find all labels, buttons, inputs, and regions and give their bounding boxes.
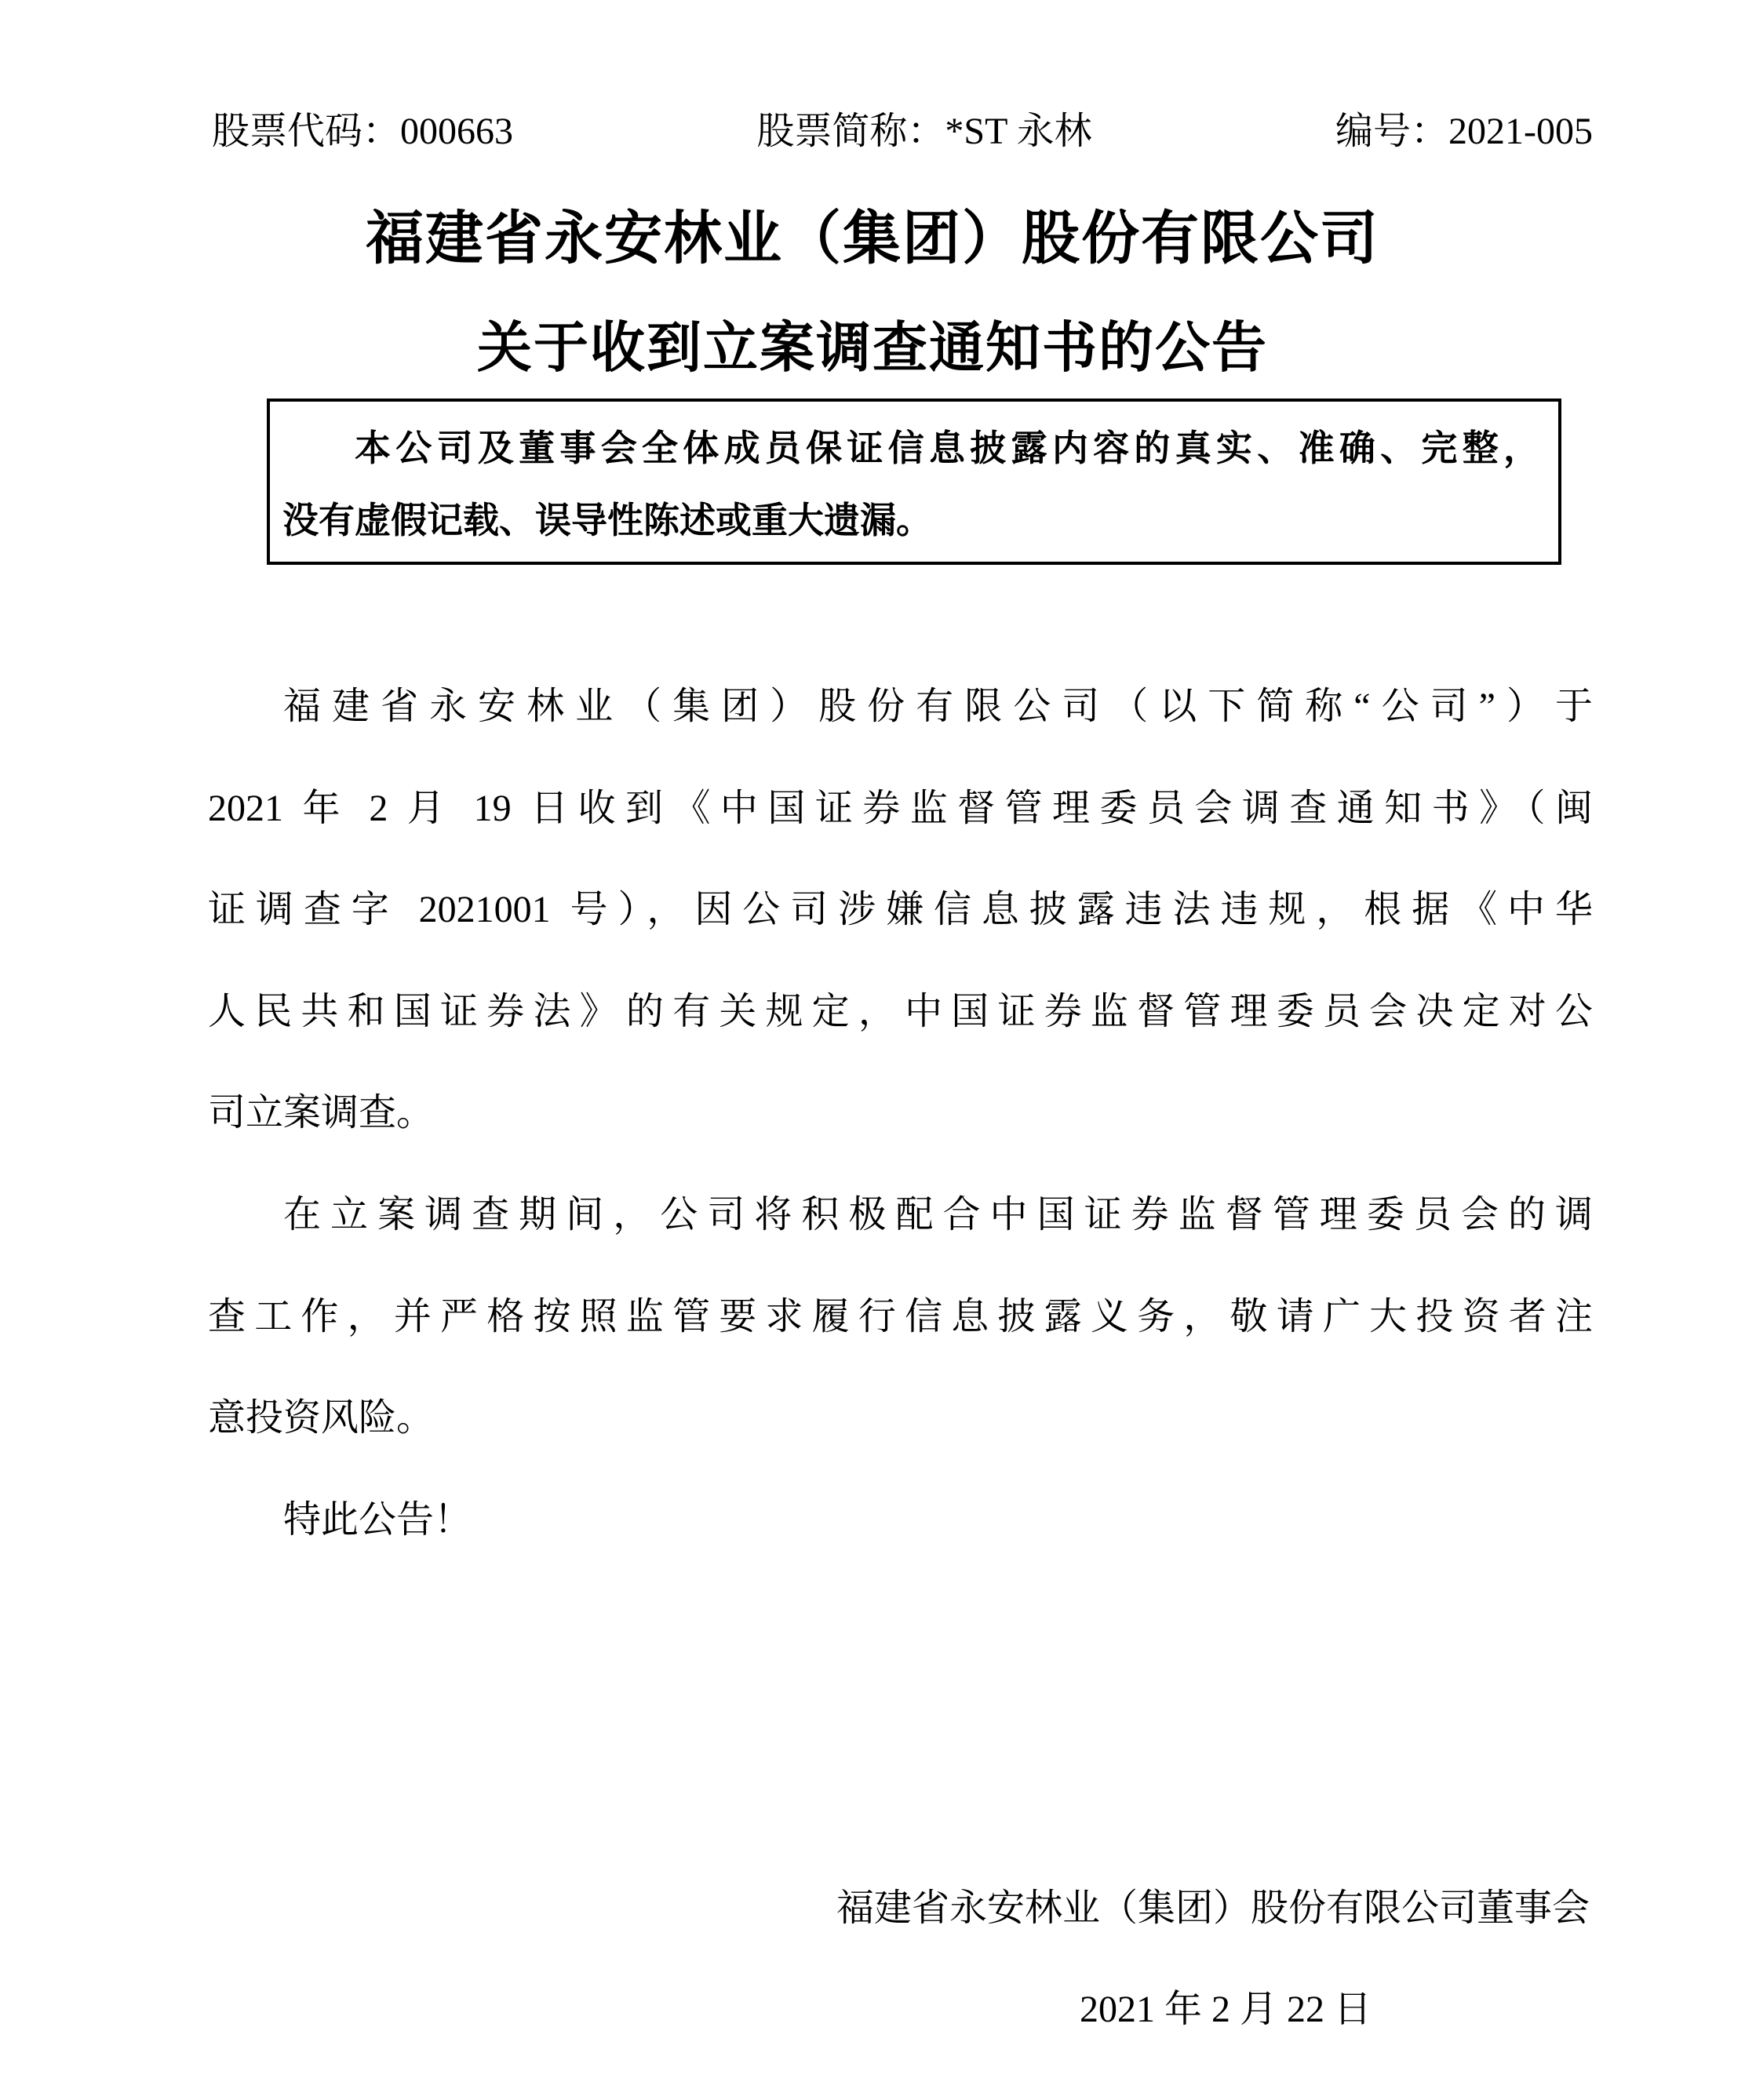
paragraph1-line: 证调查字 2021001 号），因公司涉嫌信息披露违法违规，根据《中华 xyxy=(208,859,1593,961)
stock-code-label: 股票代码：000663 xyxy=(212,111,513,153)
statement-line: 没有虚假记载、误导性陈述或重大遗漏。 xyxy=(282,485,1539,557)
paragraph1-line: 2021 年 2 月 19 日收到《中国证券监督管理委员会调查通知书》（闽 xyxy=(208,758,1593,860)
paragraph1-line: 司立案调查。 xyxy=(208,1062,1593,1164)
paragraph1-line: 人民共和国证券法》的有关规定，中国证券监督管理委员会决定对公 xyxy=(208,961,1593,1063)
company-title: 福建省永安林业（集团）股份有限公司 xyxy=(0,209,1745,271)
paragraph2-line: 在立案调查期间，公司将积极配合中国证券监督管理委员会的调 xyxy=(208,1164,1593,1266)
announcement-number-label: 编号：2021-005 xyxy=(1335,111,1593,153)
disclosure-statement-box: 本公司及董事会全体成员保证信息披露内容的真实、准确、完整， 没有虚假记载、误导性… xyxy=(267,399,1561,565)
paragraph1-line: 福建省永安林业（集团）股份有限公司（以下简称“公司”）于 xyxy=(208,656,1593,758)
announcement-body: 福建省永安林业（集团）股份有限公司（以下简称“公司”）于 2021 年 2 月 … xyxy=(208,656,1593,1570)
stock-name-label: 股票简称：*ST 永林 xyxy=(756,111,1091,153)
paragraph2-line: 意投资风险。 xyxy=(208,1367,1593,1469)
signature-date: 2021 年 2 月 22 日 xyxy=(0,1985,1745,2034)
announcement-title: 关于收到立案调查通知书的公告 xyxy=(0,320,1745,378)
statement-line: 本公司及董事会全体成员保证信息披露内容的真实、准确、完整， xyxy=(282,413,1539,485)
closing-line: 特此公告！ xyxy=(208,1469,1593,1571)
signature-company: 福建省永安林业（集团）股份有限公司董事会 xyxy=(0,1884,1745,1933)
announcement-page: 股票代码：000663 股票简称：*ST 永林 编号：2021-005 福建省永… xyxy=(0,0,1745,2100)
document-header: 股票代码：000663 股票简称：*ST 永林 编号：2021-005 xyxy=(0,0,1745,153)
paragraph2-line: 查工作，并严格按照监管要求履行信息披露义务，敬请广大投资者注 xyxy=(208,1266,1593,1368)
